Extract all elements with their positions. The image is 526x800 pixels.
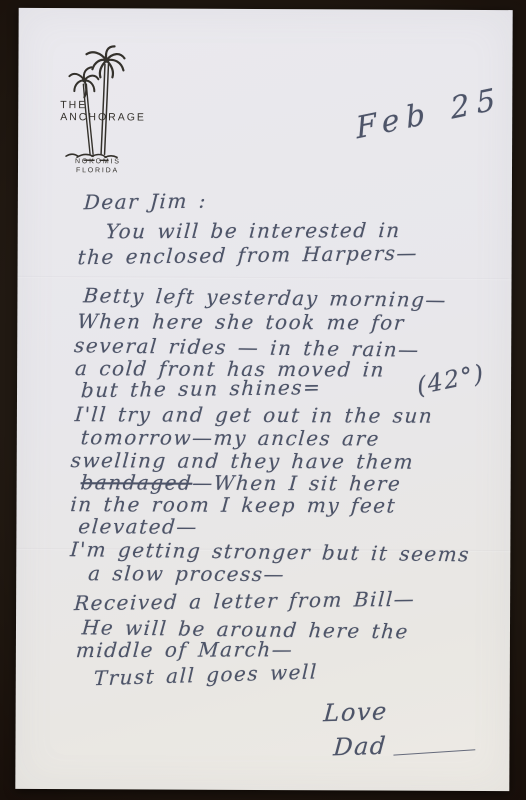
letter-line: the enclosed from Harpers— <box>77 241 419 269</box>
letter-line: Received a letter from Bill— <box>73 587 416 615</box>
fold-crease <box>18 276 512 280</box>
letter-line: elevated— <box>78 514 199 539</box>
letterhead-name-line2: ANCHORAGE <box>60 111 146 123</box>
letterhead-name-line1: THE <box>60 99 87 111</box>
letterhead-city: NOKOMIS <box>75 158 121 165</box>
signoff: Love <box>323 697 389 727</box>
closing-line: Trust all goes well <box>93 659 318 690</box>
letter-line: When here she took me for <box>76 309 405 334</box>
letter-line: a slow process— <box>87 561 286 586</box>
signature: Dad <box>332 732 387 762</box>
letter-line: middle of March— <box>75 637 294 662</box>
letter-line: tomorrow—my ancles are <box>80 425 381 450</box>
salutation: Dear Jim : <box>83 189 208 215</box>
temperature-note: (42°) <box>415 359 486 401</box>
letter-paper: THE ANCHORAGE NOKOMIS FLORIDA Feb 25 Dea… <box>15 8 512 791</box>
photo-background: THE ANCHORAGE NOKOMIS FLORIDA Feb 25 Dea… <box>0 0 526 800</box>
signature-flourish <box>393 749 475 755</box>
letter-line: I'll try and get out in the sun <box>74 402 434 428</box>
letter-line: but the sun shines= <box>80 375 322 402</box>
letter-line: You will be interested in <box>105 218 402 243</box>
date: Feb 25 <box>354 81 503 146</box>
letterhead-state: FLORIDA <box>76 167 119 174</box>
struck-word: bandaged <box>80 470 194 494</box>
letter-line: Betty left yesterday morning— <box>82 283 448 312</box>
